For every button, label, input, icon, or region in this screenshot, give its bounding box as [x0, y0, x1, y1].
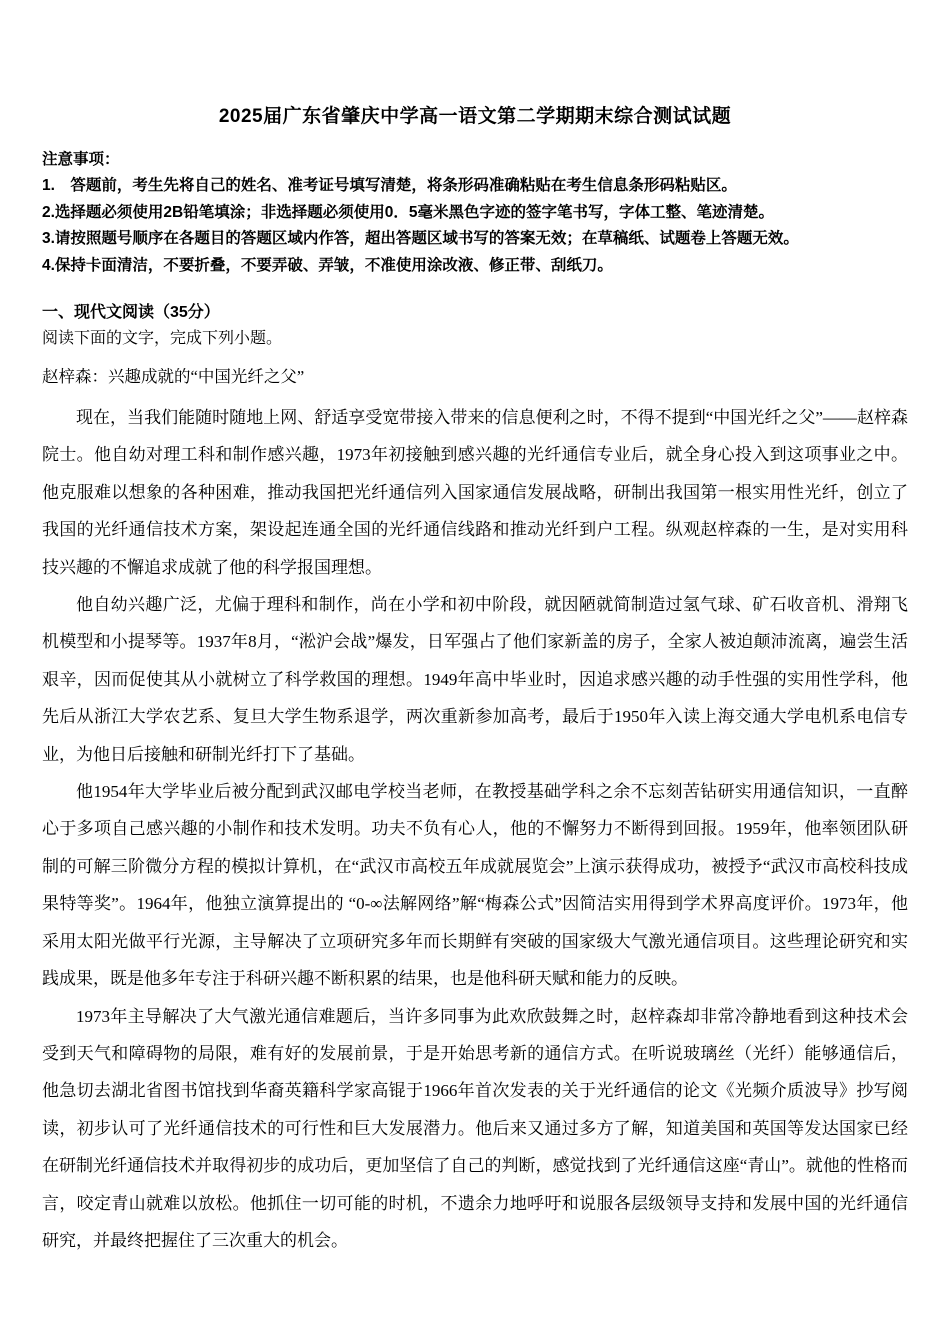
reading-instruction: 阅读下面的文字，完成下列小题。 [42, 326, 908, 352]
passage-paragraph-1: 现在，当我们能随时随地上网、舒适享受宽带接入带来的信息便利之时，不得不提到“中国… [42, 399, 908, 586]
notice-item-4: 4.保持卡面清洁，不要折叠，不要弄破、弄皱，不准使用涂改液、修正带、刮纸刀。 [42, 253, 908, 280]
passage-paragraph-3: 他1954年大学毕业后被分配到武汉邮电学校当老师，在教授基础学科之余不忘刻苦钻研… [42, 773, 908, 997]
section-heading-modern-reading: 一、现代文阅读（35分） [42, 300, 908, 326]
notice-section: 注意事项： 1. 答题前，考生先将自己的姓名、准考证号填写清楚，将条形码准确粘贴… [42, 146, 908, 279]
passage-body: 现在，当我们能随时随地上网、舒适享受宽带接入带来的信息便利之时，不得不提到“中国… [42, 399, 908, 1259]
notice-item-3: 3.请按照题号顺序在各题目的答题区域内作答，超出答题区域书写的答案无效；在草稿纸… [42, 226, 908, 253]
passage-paragraph-4: 1973年主导解决了大气激光通信难题后，当许多同事为此欢欣鼓舞之时，赵梓森却非常… [42, 998, 908, 1260]
notice-heading: 注意事项： [42, 146, 908, 173]
passage-title: 赵梓森：兴趣成就的“中国光纤之父” [42, 365, 908, 389]
notice-item-1: 1. 答题前，考生先将自己的姓名、准考证号填写清楚，将条形码准确粘贴在考生信息条… [42, 173, 908, 200]
page-title: 2025届广东省肇庆中学高一语文第二学期期末综合测试试题 [42, 104, 908, 130]
exam-paper-page: 2025届广东省肇庆中学高一语文第二学期期末综合测试试题 注意事项： 1. 答题… [0, 0, 950, 1344]
passage-paragraph-2: 他自幼兴趣广泛，尤偏于理科和制作，尚在小学和初中阶段，就因陋就简制造过氢气球、矿… [42, 586, 908, 773]
notice-item-2: 2.选择题必须使用2B铅笔填涂；非选择题必须使用0．5毫米黑色字迹的签字笔书写，… [42, 200, 908, 227]
